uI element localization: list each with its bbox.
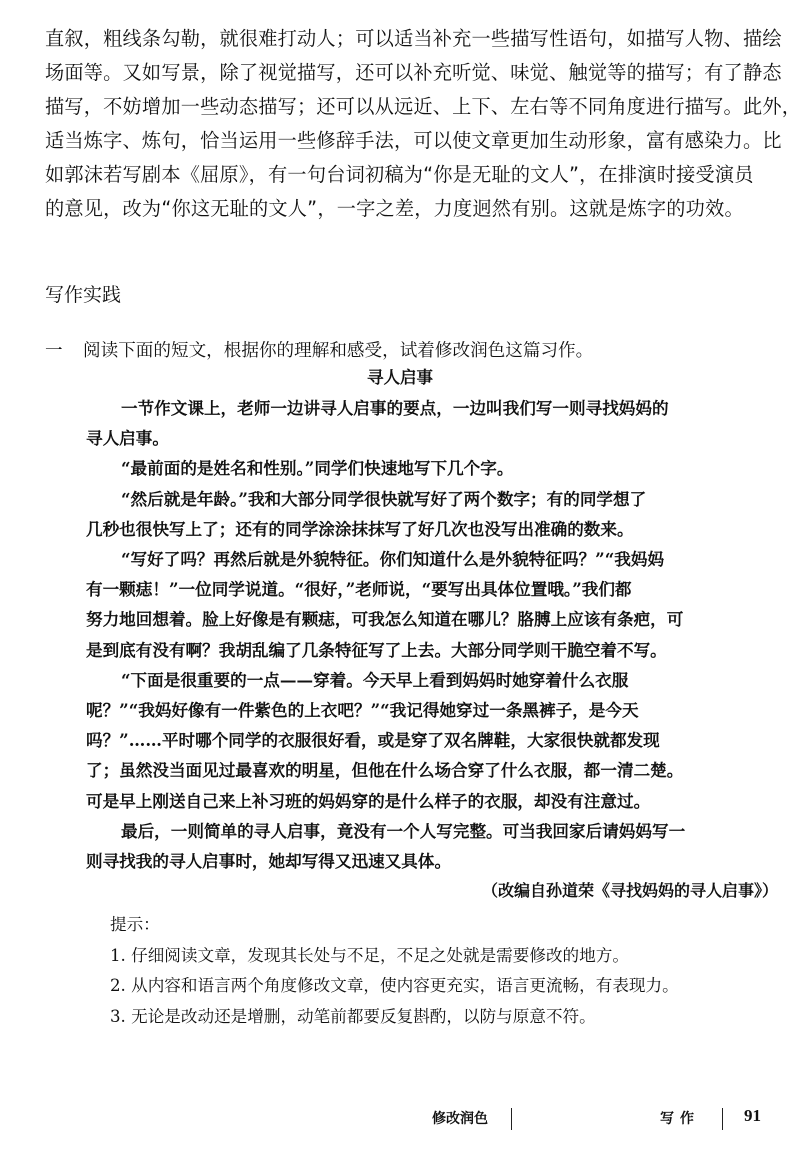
story-line: 呢？”“我妈好像有一件紫色的上衣吧？”“我记得她穿过一条黑裤子，是今天 — [86, 695, 776, 725]
intro-line: 直叙，粗线条勾勒，就很难打动人；可以适当补充一些描写性语句，如描写人物、描绘 — [45, 22, 773, 56]
tip-item: 3. 无论是改动还是增删，动笔前都要反复斟酌，以防与原意不符。 — [110, 1002, 679, 1033]
story-line: “下面是很重要的一点——穿着。今天早上看到妈妈时她穿着什么衣服 — [86, 665, 776, 695]
story-line: 了；虽然没当面见过最喜欢的明星，但他在什么场合穿了什么衣服，都一清二楚。 — [86, 755, 776, 785]
intro-line: 如郭沫若写剧本《屈原》，有一句台词初稿为“你是无耻的文人”，在排演时接受演员 — [45, 158, 773, 192]
task-text: 阅读下面的短文，根据你的理解和感受，试着修改润色这篇习作。 — [83, 341, 593, 361]
story-line: “然后就是年龄。”我和大部分同学很快就写好了两个数字；有的同学想了 — [86, 484, 776, 514]
story-title: 寻人启事 — [0, 363, 800, 393]
task-number: 一 — [45, 336, 83, 366]
footer-divider — [722, 1108, 723, 1130]
story-line: 吗？”……平时哪个同学的衣服很好看，或是穿了双名牌鞋，大家很快就都发现 — [86, 725, 776, 755]
intro-paragraph: 直叙，粗线条勾勒，就很难打动人；可以适当补充一些描写性语句，如描写人物、描绘 场… — [45, 22, 773, 226]
tip-item: 1. 仔细阅读文章，发现其长处与不足，不足之处就是需要修改的地方。 — [110, 941, 679, 972]
intro-line: 描写，不妨增加一些动态描写；还可以从远近、上下、左右等不同角度进行描写。此外， — [45, 90, 773, 124]
story-line: 是到底有没有啊？我胡乱编了几条特征写了上去。大部分同学则干脆空着不写。 — [86, 635, 776, 665]
footer-section-label: 修改润色 — [432, 1108, 488, 1128]
story-line: 一节作文课上，老师一边讲寻人启事的要点，一边叫我们写一则寻找妈妈的 — [86, 393, 776, 423]
story-line: “最前面的是姓名和性别。”同学们快速地写下几个字。 — [86, 453, 776, 483]
story-line: 寻人启事。 — [86, 423, 776, 453]
story-line: 最后，一则简单的寻人启事，竟没有一个人写完整。可当我回家后请妈妈写一 — [86, 816, 776, 846]
story-line: 几秒也很快写上了；还有的同学涂涂抹抹写了好几次也没写出准确的数来。 — [86, 514, 776, 544]
story-line: 努力地回想着。脸上好像是有颗痣，可我怎么知道在哪儿？胳膊上应该有条疤，可 — [86, 604, 776, 634]
intro-line: 的意见，改为“你这无耻的文人”，一字之差，力度迥然有别。这就是炼字的功效。 — [45, 192, 773, 226]
page-footer: 修改润色 写作 91 — [0, 1098, 800, 1138]
footer-divider — [511, 1108, 512, 1130]
tips-heading: 提示： — [110, 910, 679, 941]
tips-block: 提示： 1. 仔细阅读文章，发现其长处与不足，不足之处就是需要修改的地方。 2.… — [110, 910, 679, 1032]
story-line: 则寻找我的寻人启事时，她却写得又迅速又具体。 — [86, 846, 776, 876]
story-line: “写好了吗？再然后就是外貌特征。你们知道什么是外貌特征吗？”“我妈妈 — [86, 544, 776, 574]
story-line: 有一颗痣！”一位同学说道。“很好，”老师说，“要写出具体位置哦。”我们都 — [86, 574, 776, 604]
story-body: 一节作文课上，老师一边讲寻人启事的要点，一边叫我们写一则寻找妈妈的 寻人启事。 … — [86, 393, 776, 876]
intro-line: 适当炼字、炼句，恰当运用一些修辞手法，可以使文章更加生动形象，富有感染力。比 — [45, 124, 773, 158]
story-source: （改编自孙道荣《寻找妈妈的寻人启事》） — [482, 876, 778, 906]
task-instruction: 一阅读下面的短文，根据你的理解和感受，试着修改润色这篇习作。 — [45, 336, 593, 366]
intro-line: 场面等。又如写景，除了视觉描写，还可以补充听觉、味觉、触觉等的描写；有了静态 — [45, 56, 773, 90]
section-title: 写作实践 — [45, 280, 121, 310]
page-number: 91 — [744, 1106, 761, 1126]
footer-chapter-label: 写作 — [660, 1108, 700, 1128]
story-line: 可是早上刚送自己来上补习班的妈妈穿的是什么样子的衣服，却没有注意过。 — [86, 786, 776, 816]
tip-item: 2. 从内容和语言两个角度修改文章，使内容更充实，语言更流畅，有表现力。 — [110, 971, 679, 1002]
